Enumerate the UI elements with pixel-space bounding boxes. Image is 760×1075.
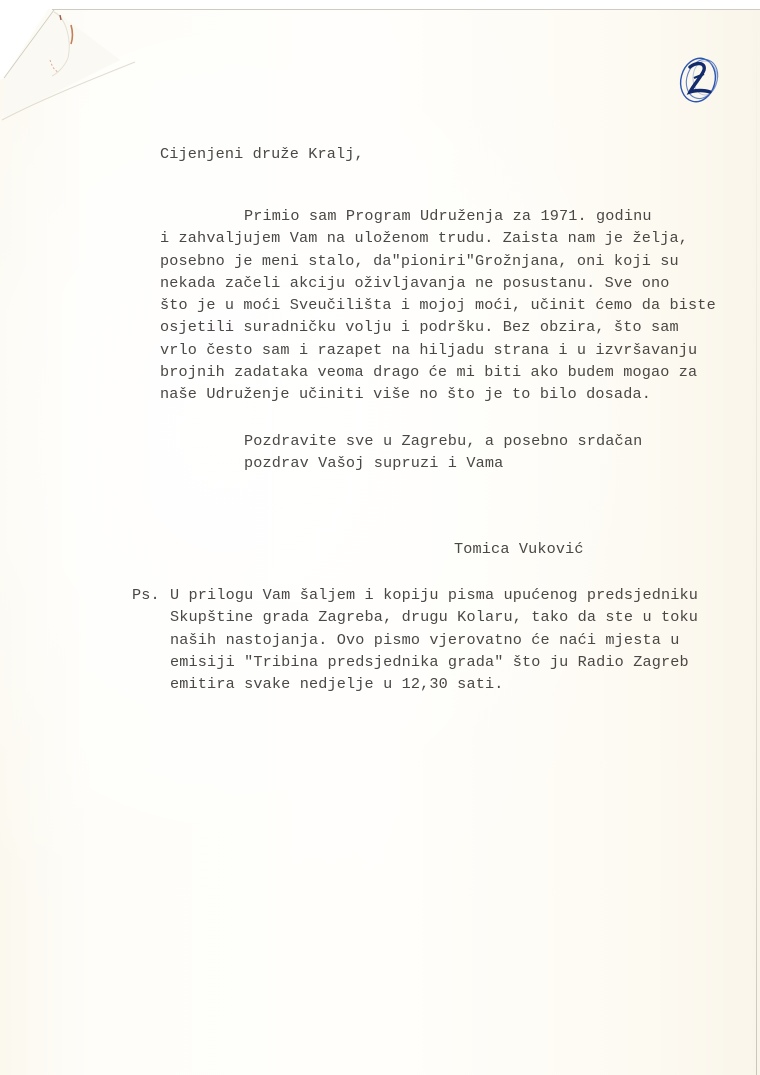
postscript-line: Skupštine grada Zagreba, drugu Kolaru, t… bbox=[170, 606, 698, 628]
salutation: Cijenjeni druže Kralj, bbox=[160, 143, 364, 165]
body-line: i zahvaljujem Vam na uloženom trudu. Zai… bbox=[160, 227, 716, 249]
body-paragraph: Primio sam Program Udruženja za 1971. go… bbox=[160, 205, 716, 406]
closing-line: pozdrav Vašoj supruzi i Vama bbox=[244, 452, 642, 474]
closing-paragraph: Pozdravite sve u Zagrebu, a posebno srda… bbox=[244, 430, 642, 475]
postscript-line: U prilogu Vam šaljem i kopiju pisma upuć… bbox=[170, 584, 698, 606]
closing-line: Pozdravite sve u Zagrebu, a posebno srda… bbox=[244, 430, 642, 452]
postscript-label: Ps. bbox=[132, 584, 160, 606]
body-line: posebno je meni stalo, da"pioniri"Grožnj… bbox=[160, 250, 716, 272]
body-line: naše Udruženje učiniti više no što je to… bbox=[160, 383, 716, 405]
body-line: nekada začeli akciju oživljavanja ne pos… bbox=[160, 272, 716, 294]
postscript-line: emitira svake nedjelje u 12,30 sati. bbox=[170, 673, 698, 695]
handwritten-page-number-mark bbox=[672, 50, 728, 110]
paper-right-edge bbox=[756, 10, 757, 1075]
letter-page: Cijenjeni druže Kralj, Primio sam Progra… bbox=[0, 0, 760, 1075]
body-line: vrlo često sam i razapet na hiljadu stra… bbox=[160, 339, 716, 361]
postscript-line: naših nastojanja. Ovo pismo vjerovatno ć… bbox=[170, 629, 698, 651]
signature: Tomica Vuković bbox=[454, 538, 584, 560]
postscript-line: emisiji "Tribina predsjednika grada" što… bbox=[170, 651, 698, 673]
body-line: što je u moći Sveučilišta i mojoj moći, … bbox=[160, 294, 716, 316]
folded-corner bbox=[0, 0, 160, 130]
body-line: osjetili suradničku volju i podršku. Bez… bbox=[160, 316, 716, 338]
postscript-paragraph: U prilogu Vam šaljem i kopiju pisma upuć… bbox=[170, 584, 698, 695]
body-line: Primio sam Program Udruženja za 1971. go… bbox=[160, 205, 716, 227]
body-line: brojnih zadataka veoma drago će mi biti … bbox=[160, 361, 716, 383]
